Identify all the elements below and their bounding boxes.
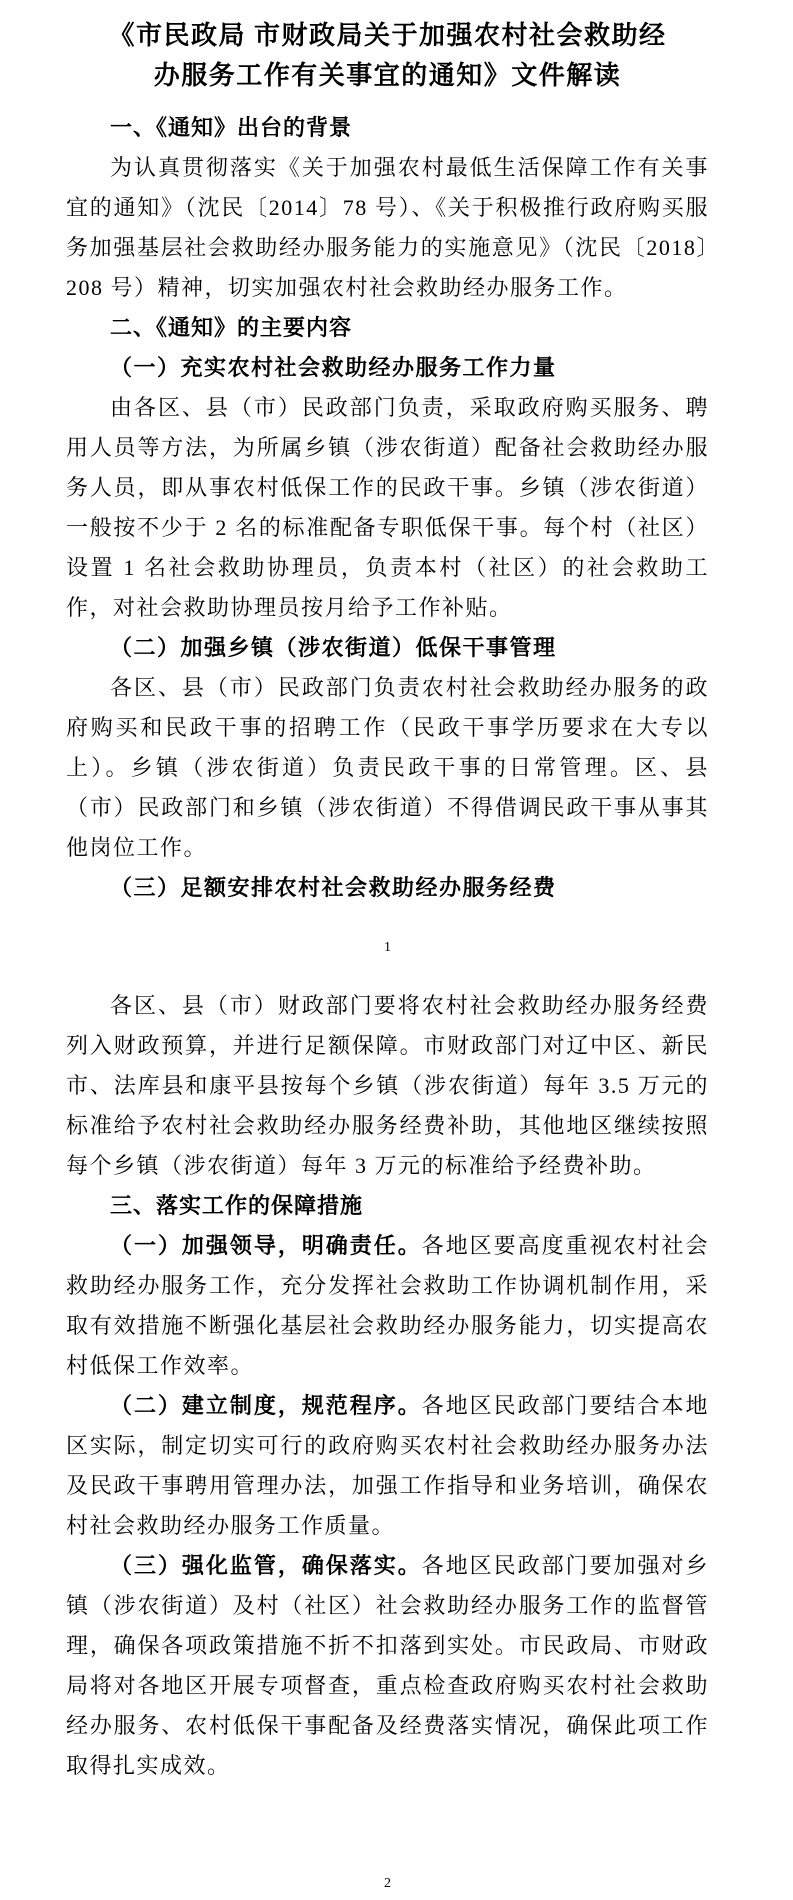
document-page-view: 《市民政局 市财政局关于加强农村社会救助经办服务工作有关事宜的通知》文件解读 一… [0,0,793,1900]
subheading-cadre-management: （二）加强乡镇（涉农街道）低保干事管理 [66,628,709,668]
document-title: 《市民政局 市财政局关于加强农村社会救助经办服务工作有关事宜的通知》文件解读 [108,16,668,96]
paragraph-supervision-lead: （三）强化监管，确保落实。 [110,1553,422,1578]
paragraph-supervision: （三）强化监管，确保落实。各地区民政部门要加强对乡镇（涉农街道）及村（社区）社会… [66,1546,709,1786]
page-1: 《市民政局 市财政局关于加强农村社会救助经办服务工作有关事宜的通知》文件解读 一… [66,16,709,958]
page-number-2: 2 [66,1874,709,1900]
paragraph-institution: （二）建立制度，规范程序。各地区民政部门要结合本地区实际，制定切实可行的政府购买… [66,1386,709,1546]
paragraph-supervision-text: 各地区民政部门要加强对乡镇（涉农街道）及村（社区）社会救助经办服务工作的监督管理… [66,1553,709,1778]
paragraph-background: 为认真贯彻落实《关于加强农村最低生活保障工作有关事宜的通知》（沈民〔2014〕7… [66,148,709,308]
paragraph-leadership-lead: （一）加强领导，明确责任。 [110,1233,422,1258]
heading-safeguard-measures: 三、落实工作的保障措施 [66,1186,709,1226]
paragraph-institution-lead: （二）建立制度，规范程序。 [110,1393,422,1418]
page-break [66,958,709,986]
heading-main-content: 二、《通知》的主要内容 [66,308,709,348]
subheading-staffing: （一）充实农村社会救助经办服务工作力量 [66,348,709,388]
page-number-1: 1 [66,938,709,958]
heading-notice-background: 一、《通知》出台的背景 [66,108,709,148]
paragraph-leadership: （一）加强领导，明确责任。各地区要高度重视农村社会救助经办服务工作，充分发挥社会… [66,1226,709,1386]
subheading-funding: （三）足额安排农村社会救助经办服务经费 [66,868,709,908]
paragraph-staffing: 由各区、县（市）民政部门负责，采取政府购买服务、聘用人员等方法，为所属乡镇（涉农… [66,388,709,628]
page-2: 各区、县（市）财政部门要将农村社会救助经办服务经费列入财政预算，并进行足额保障。… [66,986,709,1900]
paragraph-funding: 各区、县（市）财政部门要将农村社会救助经办服务经费列入财政预算，并进行足额保障。… [66,986,709,1186]
paragraph-cadre-management: 各区、县（市）民政部门负责农村社会救助经办服务的政府购买和民政干事的招聘工作（民… [66,668,709,868]
